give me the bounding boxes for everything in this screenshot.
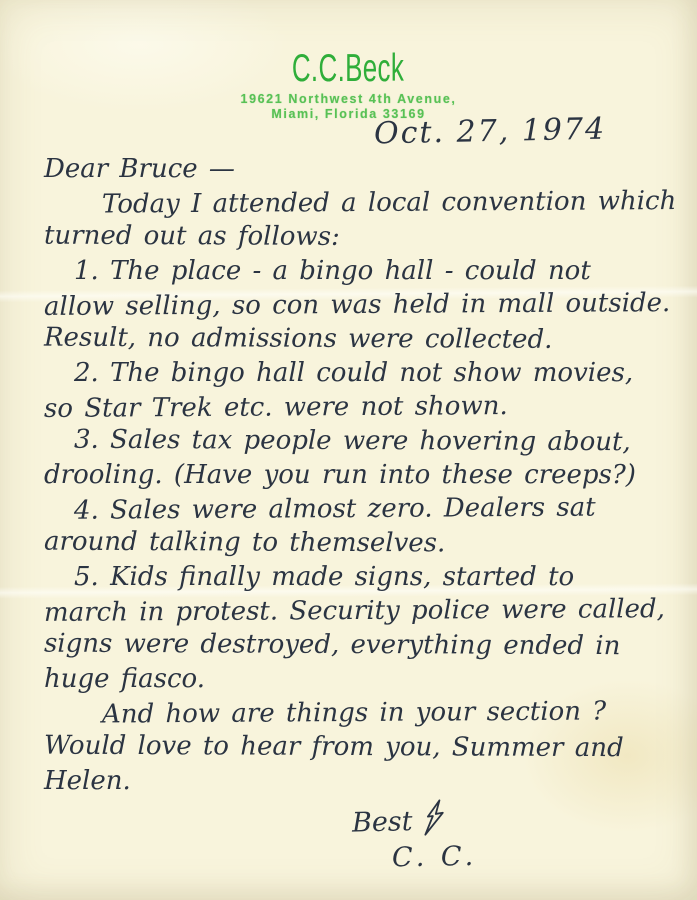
handwritten-line: Helen.	[44, 764, 669, 798]
handwritten-line: around talking to themselves.	[44, 525, 669, 562]
letterhead-address-line1: 19621 Northwest 4th Avenue,	[0, 92, 697, 107]
handwritten-line: march in protest. Security police were c…	[44, 592, 669, 630]
handwritten-line: 3. Sales tax people were hovering about,	[44, 423, 669, 460]
letterhead: C.C.Beck 19621 Northwest 4th Avenue, Mia…	[0, 0, 697, 122]
letter-date: Oct. 27, 1974	[374, 112, 607, 152]
handwritten-line: 5. Kids finally made signs, started to	[44, 560, 669, 594]
handwritten-line: 1. The place - a bingo hall - could not	[44, 254, 669, 288]
handwritten-line: allow selling, so con was held in mall o…	[44, 286, 669, 324]
signature: C. C.	[352, 839, 478, 877]
lightning-bolt-icon	[422, 799, 445, 838]
handwritten-line: Would love to hear from you, Summer and	[44, 729, 669, 766]
handwritten-line: so Star Trek etc. were not shown.	[44, 388, 669, 426]
handwritten-line: signs were destroyed, everything ended i…	[44, 627, 669, 664]
letterhead-name: C.C.Beck	[292, 49, 404, 88]
handwritten-line: Dear Bruce —	[44, 152, 669, 186]
handwritten-line: drooling. (Have you run into these creep…	[44, 458, 669, 492]
handwritten-line: And how are things in your section ?	[44, 694, 669, 732]
letter-closing: Best C. C.	[352, 804, 477, 876]
handwritten-line: huge fiasco.	[44, 662, 669, 696]
letter-body: Dear Bruce — Today I attended a local co…	[44, 152, 669, 798]
handwritten-line: Result, no admissions were collected.	[44, 321, 669, 358]
handwritten-line: 4. Sales were almost zero. Dealers sat	[44, 490, 669, 528]
letter-page: C.C.Beck 19621 Northwest 4th Avenue, Mia…	[0, 0, 697, 900]
valediction-text: Best	[352, 804, 413, 842]
handwritten-line: Today I attended a local convention whic…	[44, 184, 669, 222]
handwritten-line: turned out as follows:	[44, 219, 669, 256]
handwritten-line: 2. The bingo hall could not show movies,	[44, 356, 669, 390]
